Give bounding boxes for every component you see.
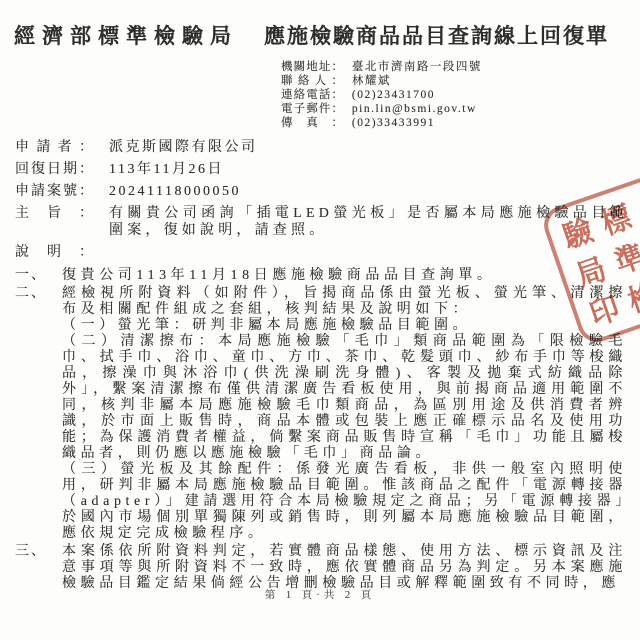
explanation-label: 說明：	[15, 244, 93, 261]
seal-char: 檢	[622, 271, 640, 321]
contact-email-label: 電子郵件：	[281, 102, 343, 116]
paragraph: 經檢視所附資料（如附件），旨揭商品係由螢光板、螢光筆、清潔擦布及相關配件組成之套…	[62, 286, 627, 318]
applicant-field: 申請者： 派克斯國際有限公司	[15, 139, 628, 156]
contact-fax-label: 傳真：	[281, 116, 343, 130]
contact-person-row: 聯絡人： 林耀斌	[281, 74, 640, 88]
reply-date-field: 回復日期： 113年11月26日	[15, 161, 628, 178]
item-body: 經檢視所附資料（如附件），旨揭商品係由螢光板、螢光筆、清潔擦布及相關配件組成之套…	[62, 286, 627, 542]
page-footer: 第 1 頁·共 2 頁	[0, 587, 640, 602]
subject-field: 主旨： 有關貴公司函詢「插電LED螢光板」是否屬本局應施檢驗品目範圍案，復如說明…	[15, 205, 628, 239]
contact-phone-row: 連絡電話： (02)23431700	[281, 88, 640, 102]
applicant-label: 申請者：	[15, 139, 93, 156]
contact-block: 機關地址： 臺北市濟南路一段四號 聯絡人： 林耀斌 連絡電話： (02)2343…	[281, 60, 640, 130]
contact-address-label: 機關地址：	[281, 60, 343, 74]
item-body: 復貴公司113年11月18日應施檢驗商品品目查詢單。	[62, 268, 627, 284]
reply-date-label: 回復日期：	[15, 161, 93, 178]
contact-phone-label: 連絡電話：	[281, 88, 343, 102]
form-title: 應施檢驗商品品目查詢線上回復單	[264, 20, 609, 50]
seal-char: 印	[583, 284, 624, 334]
item-body: 本案係依所附資料判定，若實體商品樣態、使用方法、標示資訊及注意事項等與所附資料不…	[62, 544, 627, 592]
explanation-item-1: 一、 復貴公司113年11月18日應施檢驗商品品目查詢單。	[15, 268, 627, 284]
explanation-item-2: 二、 經檢視所附資料（如附件），旨揭商品係由螢光板、螢光筆、清潔擦布及相關配件組…	[15, 286, 627, 542]
contact-email-row: 電子郵件： pin.lin@bsmi.gov.tw	[281, 102, 640, 116]
applicant-value: 派克斯國際有限公司	[109, 139, 258, 156]
contact-phone-value: (02)23431700	[352, 89, 435, 101]
seal-char: 經	[634, 180, 640, 230]
contact-email-value: pin.lin@bsmi.gov.tw	[352, 103, 477, 115]
case-number-value: 20241118000050	[109, 183, 241, 200]
case-number-label: 申請案號：	[15, 183, 93, 200]
agency-name: 經濟部標準檢驗局	[14, 20, 238, 50]
paragraph: （三）螢光板及其餘配件：係發光廣告看板，非供一般室內照明使用，研判非屬本局應施檢…	[62, 462, 627, 542]
contact-person-value: 林耀斌	[352, 75, 391, 87]
paragraph: （一）螢光筆：研判非屬本局應施檢驗品目範圍。	[62, 318, 627, 334]
item-number: 二、	[15, 286, 62, 542]
contact-address-value: 臺北市濟南路一段四號	[352, 61, 482, 73]
subject-label: 主旨：	[15, 205, 93, 239]
paragraph: （二）清潔擦布：本局應施檢驗「毛巾」類商品範圍為「限檢驗毛巾、拭手巾、浴巾、童巾…	[62, 334, 627, 462]
contact-address-row: 機關地址： 臺北市濟南路一段四號	[281, 60, 640, 74]
explanation-items: 一、 復貴公司113年11月18日應施檢驗商品品目查詢單。 二、 經檢視所附資料…	[15, 268, 627, 592]
explanation-field: 說明：	[15, 244, 628, 261]
item-number: 三、	[15, 544, 62, 592]
reply-date-value: 113年11月26日	[109, 161, 224, 178]
contact-person-label: 聯絡人：	[281, 74, 343, 88]
paragraph: 復貴公司113年11月18日應施檢驗商品品目查詢單。	[62, 268, 627, 284]
explanation-item-3: 三、 本案係依所附資料判定，若實體商品樣態、使用方法、標示資訊及注意事項等與所附…	[15, 544, 627, 592]
document-page: 經濟部標準檢驗局 應施檢驗商品品目查詢線上回復單 機關地址： 臺北市濟南路一段四…	[0, 0, 640, 640]
case-number-field: 申請案號： 20241118000050	[15, 183, 628, 200]
page-title: 經濟部標準檢驗局 應施檢驗商品品目查詢線上回復單	[14, 20, 628, 50]
contact-fax-row: 傳真： (02)33433991	[281, 116, 640, 130]
contact-fax-value: (02)33433991	[352, 117, 435, 129]
header-fields: 申請者： 派克斯國際有限公司 回復日期： 113年11月26日 申請案號： 20…	[15, 139, 628, 261]
item-number: 一、	[15, 268, 62, 284]
paragraph: 本案係依所附資料判定，若實體商品樣態、使用方法、標示資訊及注意事項等與所附資料不…	[62, 544, 627, 592]
